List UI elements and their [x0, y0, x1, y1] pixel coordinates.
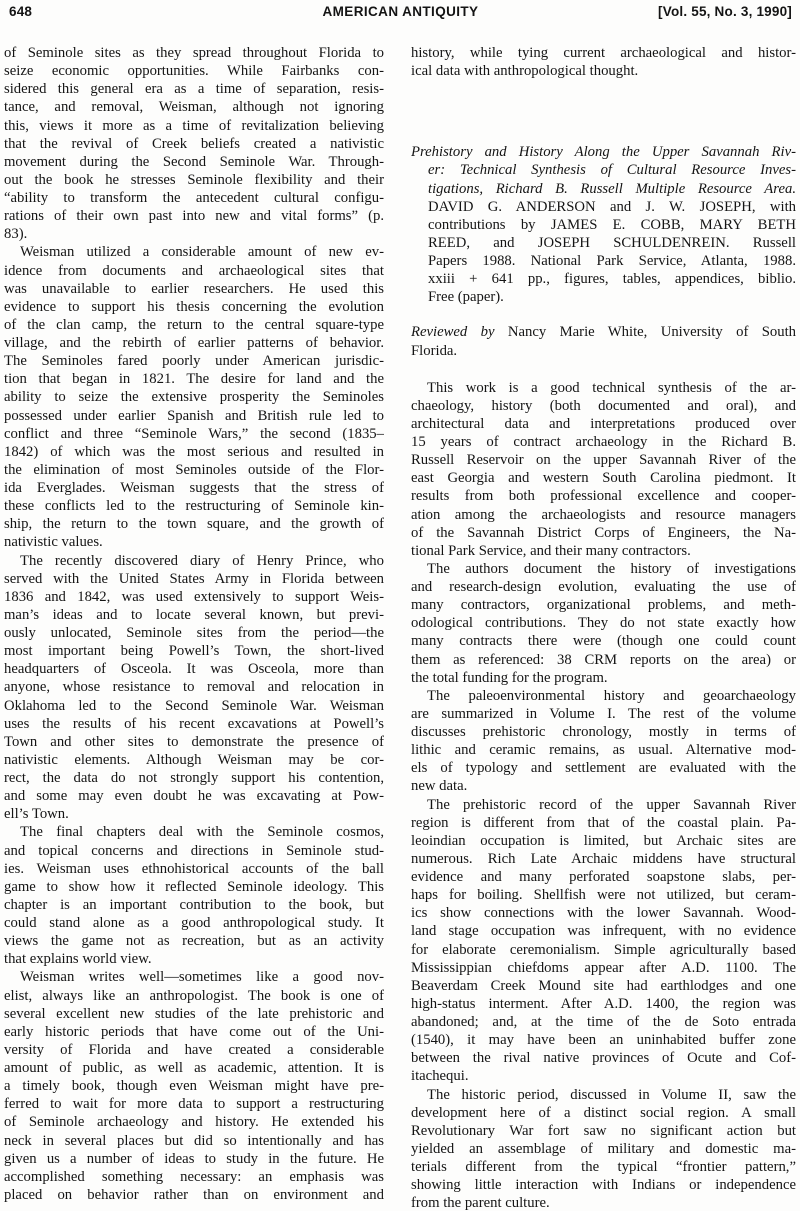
text-line: (1540), it may have been an uninhabited …	[411, 1031, 796, 1049]
text-line: Revolutionary War fort saw no significan…	[411, 1122, 796, 1140]
text-line: 15 years of contract archaeology in the …	[411, 433, 796, 451]
text-line: ies. Weisman uses ethnohistorical accoun…	[4, 860, 384, 878]
text-line: evidence to support his thesis concernin…	[4, 298, 384, 316]
text-line: the elimination of most Seminoles outsid…	[4, 461, 384, 479]
text-line: and some may even doubt he was excavatin…	[4, 787, 384, 805]
text-line: elist, always like an anthropologist. Th…	[4, 987, 384, 1005]
text-line: 1842) of which was the most serious and …	[4, 443, 384, 461]
text-line: of the Savannah District Corps of Engine…	[411, 524, 796, 542]
text-line: these conflicts led to the restructuring…	[4, 497, 384, 515]
text-line: given us a number of ideas to study in t…	[4, 1150, 384, 1168]
text-line: are summarized in Volume I. The rest of …	[411, 705, 796, 723]
text-line: of Seminole sites as they spread through…	[4, 44, 384, 62]
text-line: east Georgia and western South Carolina …	[411, 469, 796, 487]
text-line: headquarters of Osceola. It was Osceola,…	[4, 660, 384, 678]
text-line: Reviewed by Nancy Marie White, Universit…	[411, 323, 796, 341]
text-line: neck in several places but did so intent…	[4, 1132, 384, 1150]
paragraph: Weisman writes well—sometimes like a goo…	[4, 968, 384, 1204]
text-line: The paleoenvironmental history and geoar…	[411, 687, 796, 705]
paragraph: of Seminole sites as they spread through…	[4, 44, 384, 243]
text-line: odological contributions. They do not st…	[411, 614, 796, 632]
text-line: ferred to wait for more data to support …	[4, 1095, 384, 1113]
text-line: development here of a distinct social re…	[411, 1104, 796, 1122]
left-column: of Seminole sites as they spread through…	[4, 44, 384, 1211]
text-line: contributions by JAMES E. COBB, MARY BET…	[411, 216, 796, 234]
text-line: anyone, whose resistance to removal and …	[4, 678, 384, 696]
text-line: The recently discovered diary of Henry P…	[4, 552, 384, 570]
text-line: most important being Powell’s Town, the …	[4, 642, 384, 660]
paragraph: The historic period, discussed in Volume…	[411, 1086, 796, 1211]
text-line: amount of public, as well as academic, a…	[4, 1059, 384, 1077]
text-line: this, views it more as a time of revital…	[4, 117, 384, 135]
text-line: “ability to transform the antecedent cul…	[4, 189, 384, 207]
text-line: evidence and many perforated soapstone s…	[411, 868, 796, 886]
right-column: history, while tying current archaeologi…	[411, 44, 796, 1211]
text-line: was unavailable to earlier researchers. …	[4, 280, 384, 298]
text-line: the total funding for the program.	[411, 669, 796, 687]
text-line: possessed under earlier Spanish and Brit…	[4, 407, 384, 425]
text-line: ical data with anthropological thought.	[411, 62, 796, 80]
text-line: high-status interment. After A.D. 1400, …	[411, 995, 796, 1013]
text-line: and topical concerns and directions in S…	[4, 842, 384, 860]
text-line: terials different from the typical “fron…	[411, 1158, 796, 1176]
text-line: from the parent culture.	[411, 1194, 796, 1211]
text-line: them as referenced: 38 CRM reports on th…	[411, 651, 796, 669]
text-line: that explains world view.	[4, 950, 384, 968]
text-line: Weisman utilized a considerable amount o…	[4, 243, 384, 261]
text-line: out the book he stresses Seminole flexib…	[4, 171, 384, 189]
text-line: seize economic opportunities. While Fair…	[4, 62, 384, 80]
text-line: village, and the rebirth of earlier patt…	[4, 334, 384, 352]
paragraph: Weisman utilized a considerable amount o…	[4, 243, 384, 551]
text-line: tion that began in 1821. The desire for …	[4, 370, 384, 388]
text-line: The Seminoles fared poorly under America…	[4, 352, 384, 370]
paragraph: The final chapters deal with the Seminol…	[4, 823, 384, 968]
text-line: man’s ideas and to locate several known,…	[4, 606, 384, 624]
text-line: views the game not as recreation, but as…	[4, 932, 384, 950]
text-line: many contracts there were (though one co…	[411, 632, 796, 650]
text-line: Beaverdam Creek Mound site had earthlodg…	[411, 977, 796, 995]
text-columns: of Seminole sites as they spread through…	[4, 44, 796, 1211]
text-line: 1836 and 1842, was used extensively to s…	[4, 588, 384, 606]
text-line: This work is a good technical synthesis …	[411, 379, 796, 397]
text-line: nativistic elements. Although Weisman ma…	[4, 751, 384, 769]
text-line: ously unlocated, Seminole sites from the…	[4, 624, 384, 642]
text-line: served with the United States Army in Fl…	[4, 570, 384, 588]
text-line: region is different from that of the coa…	[411, 814, 796, 832]
paragraph: The prehistoric record of the upper Sava…	[411, 796, 796, 1086]
text-line: abandoned; and, at the time of the de So…	[411, 1013, 796, 1031]
text-line: between the rival native provinces of Oc…	[411, 1049, 796, 1067]
running-head: 648 AMERICAN ANTIQUITY [Vol. 55, No. 3, …	[9, 4, 792, 19]
text-line: er: Technical Synthesis of Cultural Reso…	[411, 161, 796, 179]
text-line: Russell Reservoir on the upper Savannah …	[411, 451, 796, 469]
text-line: ics show connections with the lower Sava…	[411, 904, 796, 922]
text-line: many contractors, organizational problem…	[411, 596, 796, 614]
paragraph: The authors document the history of inve…	[411, 560, 796, 687]
volume-info: [Vol. 55, No. 3, 1990]	[658, 4, 792, 19]
text-line: leoindian occupation is limited, but Arc…	[411, 832, 796, 850]
text-line: game to show how it reflected Seminole i…	[4, 878, 384, 896]
text-line: chapter is an important contribution to …	[4, 896, 384, 914]
paragraph: The recently discovered diary of Henry P…	[4, 552, 384, 824]
text-line: The final chapters deal with the Seminol…	[4, 823, 384, 841]
text-line: new data.	[411, 777, 796, 795]
journal-title: AMERICAN ANTIQUITY	[323, 4, 479, 19]
text-line: showing little interaction with Indians …	[411, 1176, 796, 1194]
text-line: ation among the archaeologists and resou…	[411, 506, 796, 524]
text-line: tance, and removal, Weisman, although no…	[4, 98, 384, 116]
text-line: yielded an assemblage of military and do…	[411, 1140, 796, 1158]
text-line: early historic periods that have come ou…	[4, 1023, 384, 1041]
text-line: of Seminole archaeology and history. He …	[4, 1113, 384, 1131]
text-line: idence from documents and archaeological…	[4, 262, 384, 280]
text-line: Florida.	[411, 342, 796, 360]
text-line: Oklahoma led to the Second Seminole War.…	[4, 697, 384, 715]
text-line: that the revival of Creek beliefs create…	[4, 135, 384, 153]
text-line: chaeology, history (both documented and …	[411, 397, 796, 415]
text-line: ship, the return to the town square, and…	[4, 515, 384, 533]
paragraph: The paleoenvironmental history and geoar…	[411, 687, 796, 796]
text-line: Mississippian chiefdoms appear after A.D…	[411, 959, 796, 977]
paragraph: This work is a good technical synthesis …	[411, 379, 796, 560]
text-line: several excellent new studies of the lat…	[4, 1005, 384, 1023]
text-line: history, while tying current archaeologi…	[411, 44, 796, 62]
text-line: results from both professional excellenc…	[411, 487, 796, 505]
text-line: of the clan camp, the return to the cent…	[4, 316, 384, 334]
text-line: Papers 1988. National Park Service, Atla…	[411, 252, 796, 270]
text-line: tional Park Service, and their many cont…	[411, 542, 796, 560]
text-line: could stand alone as a good anthropologi…	[4, 914, 384, 932]
text-line: Free (paper).	[411, 288, 796, 306]
journal-page: 648 AMERICAN ANTIQUITY [Vol. 55, No. 3, …	[0, 0, 800, 1211]
text-line: The prehistoric record of the upper Sava…	[411, 796, 796, 814]
text-line: rect, the data do not strongly support h…	[4, 769, 384, 787]
text-line: accomplished something necessary: an emp…	[4, 1168, 384, 1186]
text-line: uses the results of his recent excavatio…	[4, 715, 384, 733]
text-line: itachequi.	[411, 1067, 796, 1085]
text-line: haps for boiling. Shellfish were not uti…	[411, 886, 796, 904]
text-line: numerous. Rich Late Archaic middens have…	[411, 850, 796, 868]
text-line: The historic period, discussed in Volume…	[411, 1086, 796, 1104]
text-line: ida Everglades. Weisman suggests that th…	[4, 479, 384, 497]
text-line: discusses prehistoric chronology, mostly…	[411, 723, 796, 741]
text-line: DAVID G. ANDERSON and J. W. JOSEPH, with	[411, 198, 796, 216]
text-line: sidered this general era as a time of se…	[4, 80, 384, 98]
text-line: a timely book, though even Weisman might…	[4, 1077, 384, 1095]
text-line: ability to seize the extensive prosperit…	[4, 388, 384, 406]
text-line: REED, and JOSEPH SCHULDENREIN. Russell	[411, 234, 796, 252]
text-line: tigations, Richard B. Russell Multiple R…	[411, 180, 796, 198]
page-number: 648	[9, 4, 32, 19]
book-citation: Prehistory and History Along the Upper S…	[411, 143, 796, 306]
text-line: 83).	[4, 225, 384, 243]
text-line: movement during the Second Seminole War.…	[4, 153, 384, 171]
text-line: land stage occupation was infrequent, wi…	[411, 922, 796, 940]
text-line: conflict and three “Seminole Wars,” the …	[4, 425, 384, 443]
text-line: lithic and ceramic remains, as usual. Al…	[411, 741, 796, 759]
text-line: xxiii + 641 pp., figures, tables, append…	[411, 270, 796, 288]
text-line: nativistic values.	[4, 533, 384, 551]
text-line: placed on behavior rather than on enviro…	[4, 1186, 384, 1204]
text-line: Town and other sites to demonstrate the …	[4, 733, 384, 751]
text-line: Weisman writes well—sometimes like a goo…	[4, 968, 384, 986]
text-line: architectural data and interpretations p…	[411, 415, 796, 433]
text-line: ell’s Town.	[4, 805, 384, 823]
text-line: rations of their own past into new and v…	[4, 207, 384, 225]
text-line: The authors document the history of inve…	[411, 560, 796, 578]
text-line: els of typology and settlement are evalu…	[411, 759, 796, 777]
paragraph: history, while tying current archaeologi…	[411, 44, 796, 80]
reviewer-byline: Reviewed by Nancy Marie White, Universit…	[411, 323, 796, 359]
text-line: and research-design evolution, evaluatin…	[411, 578, 796, 596]
text-line: for elaborate ceremonialism. Simple agri…	[411, 941, 796, 959]
text-line: versity of Florida and have created a co…	[4, 1041, 384, 1059]
text-line: Prehistory and History Along the Upper S…	[411, 143, 796, 161]
